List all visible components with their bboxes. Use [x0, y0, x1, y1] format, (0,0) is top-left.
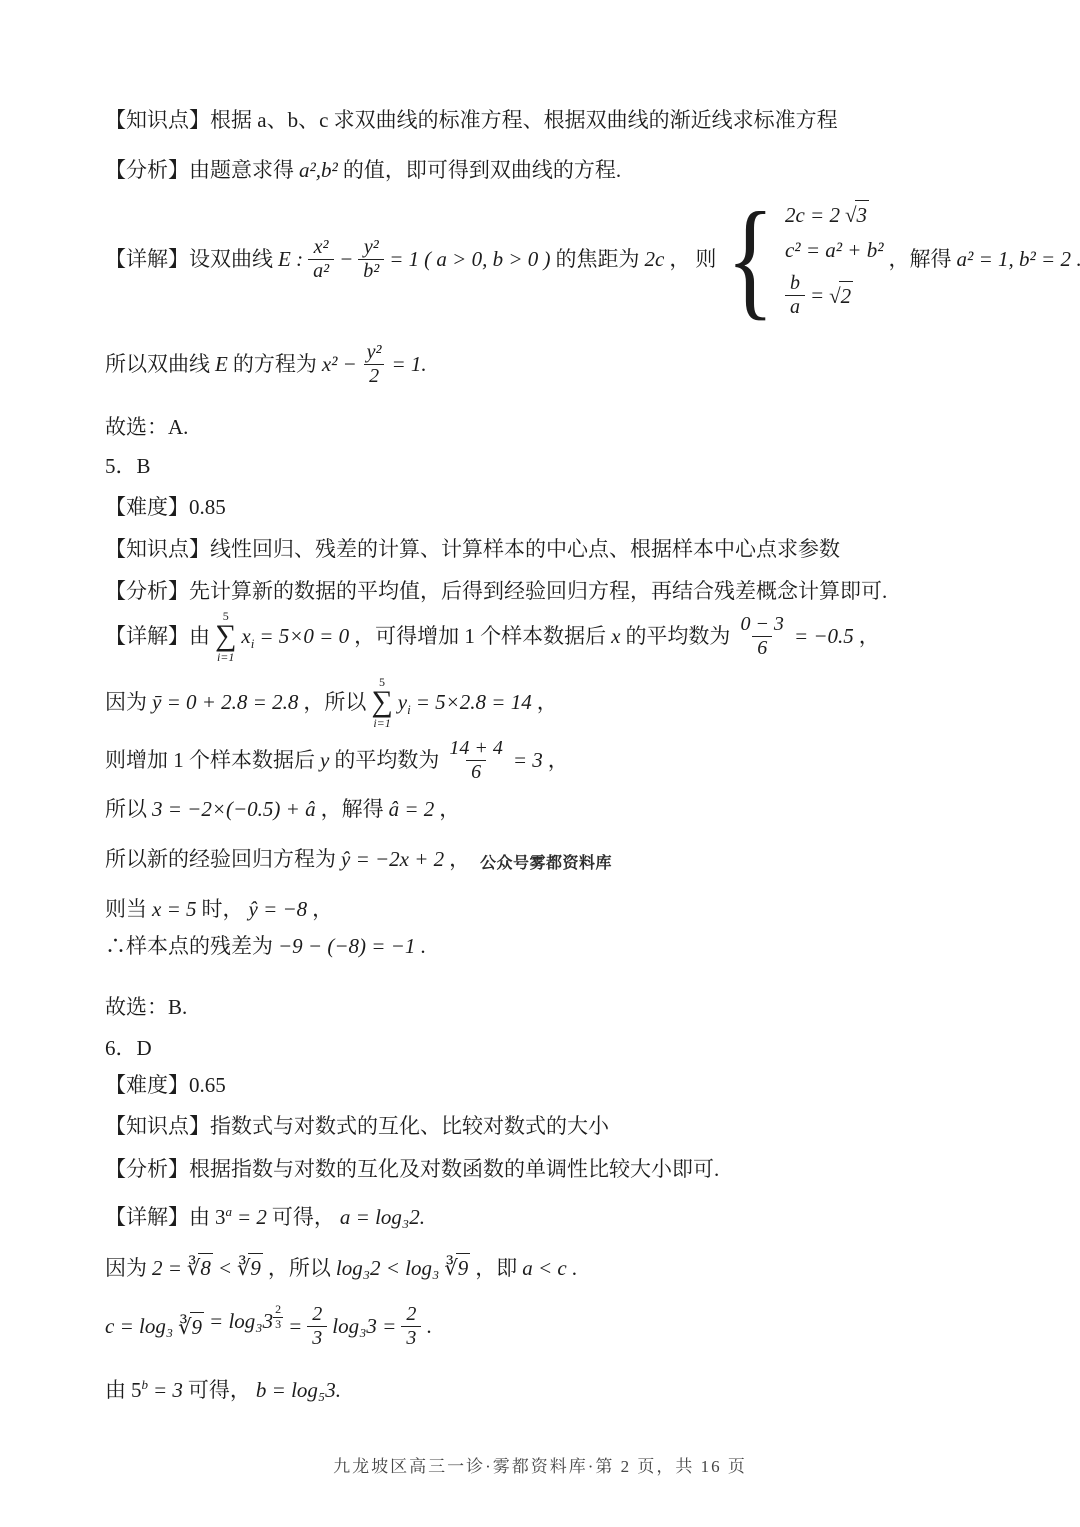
- text-run: 所以: [105, 795, 147, 823]
- text-run: 【详解】由: [105, 622, 210, 650]
- fraction: 2 3: [307, 1303, 327, 1350]
- fraction-numerator: x²: [309, 236, 334, 259]
- radicand: 2: [839, 281, 854, 310]
- q4-analysis-line: 【分析】由题意求得 a²,b² 的值，即可得到双曲线的方程.: [105, 156, 621, 184]
- text-run: ∴样本点的残差为: [105, 932, 273, 960]
- fraction-denominator: a²: [308, 259, 334, 283]
- math-run: 2c = 2: [785, 201, 840, 229]
- text-run: 【详解】设双曲线: [105, 245, 273, 273]
- text-run: ，可得增加 1 个样本数据后: [354, 622, 606, 650]
- system-row: 2c = 2 √3: [785, 200, 869, 229]
- radicand: 8: [198, 1253, 213, 1282]
- math-run: = 2: [237, 1203, 267, 1231]
- math-run: = 1.: [392, 350, 427, 378]
- fraction-numerator: 14 + 4: [444, 737, 508, 760]
- math-run: = 3: [153, 1376, 183, 1404]
- q4-answer-line: 故选：A.: [105, 413, 188, 441]
- math-run: a²,b²: [299, 156, 338, 184]
- q5-difficulty-line: 【难度】0.85: [105, 493, 226, 521]
- text-run: 因为: [105, 1254, 147, 1282]
- sum-lower-limit: i=1: [217, 651, 234, 663]
- page-footer: 九龙坡区高三一诊·雾都资料库·第 2 页，共 16 页: [0, 1452, 1080, 1477]
- text-run: 可得，: [272, 1203, 335, 1231]
- system-brace: {: [727, 193, 775, 325]
- fraction-numerator: 2: [401, 1303, 421, 1326]
- fraction-denominator: 3: [273, 1317, 283, 1331]
- radical-sign: ∛: [178, 1313, 189, 1341]
- fraction-numerator: 0 − 3: [735, 613, 789, 636]
- variable: x: [241, 624, 250, 648]
- equation-system: 2c = 2 √3 c² = a² + b² b a = √2: [785, 200, 884, 319]
- text-run: 6．D: [105, 1034, 152, 1062]
- text-run: 【知识点】根据 a、b、c 求双曲线的标准方程、根据双曲线的渐近线求标准方程: [105, 106, 838, 134]
- math-run: = log₃323: [209, 1307, 283, 1345]
- fraction: y² 2: [362, 341, 387, 388]
- q4-knowledge-line: 【知识点】根据 a、b、c 求双曲线的标准方程、根据双曲线的渐近线求标准方程: [105, 106, 838, 134]
- q6-analysis-line: 【分析】根据指数与对数的互化及对数函数的单调性比较大小即可.: [105, 1155, 719, 1183]
- sum-lower-limit: i=1: [373, 717, 390, 729]
- variable: y: [398, 690, 407, 714]
- q5-detail-line-2: 因为 ȳ = 0 + 2.8 = 2.8 ，所以 5 ∑ i=1 yi = 5×…: [105, 676, 558, 729]
- square-root: √2: [829, 281, 853, 310]
- math-run: 5b: [131, 1376, 148, 1404]
- text-run: 【知识点】线性回归、残差的计算、计算样本的中心点、根据样本中心点求参数: [105, 535, 840, 563]
- fraction-denominator: a: [785, 295, 805, 319]
- q5-detail-line-6: 则当 x = 5 时， ŷ = −8 ，: [105, 895, 333, 923]
- q5-detail-line-3: 则增加 1 个样本数据后 y 的平均数为 14 + 4 6 = 3 ，: [105, 737, 569, 784]
- fraction: 0 − 3 6: [735, 613, 789, 660]
- variable: y: [320, 746, 329, 774]
- fraction: x² a²: [308, 236, 334, 283]
- math-run: 2 =: [152, 1254, 182, 1282]
- sigma-symbol: ∑: [371, 688, 392, 717]
- radical-sign: √: [829, 282, 839, 310]
- text-run: ，: [537, 688, 558, 716]
- q4-conclusion-line: 所以双曲线 E 的方程为 x² − y² 2 = 1.: [105, 341, 427, 388]
- text-run: ，: [439, 795, 460, 823]
- math-run: =: [810, 281, 824, 309]
- q5-answer-line: 故选：B.: [105, 993, 187, 1021]
- subscript: i: [407, 702, 411, 717]
- fraction: y² b²: [358, 236, 384, 283]
- math-run: ŷ = −8: [249, 895, 308, 923]
- text-run: 故选：A.: [105, 413, 188, 441]
- text-run: 则增加 1 个样本数据后: [105, 746, 315, 774]
- text-run: 5．B: [105, 452, 151, 480]
- fraction-numerator: y²: [362, 341, 387, 364]
- math-run: 3 = −2×(−0.5) + â: [152, 795, 316, 823]
- text-run: ，所以: [268, 1254, 331, 1282]
- math-run: ȳ = 0 + 2.8 = 2.8: [152, 688, 298, 716]
- math-run: x = 5: [152, 895, 197, 923]
- text-run: .: [426, 1312, 431, 1340]
- document-page: 【知识点】根据 a、b、c 求双曲线的标准方程、根据双曲线的渐近线求标准方程 【…: [0, 0, 1080, 1527]
- summation: 5 ∑ i=1: [371, 676, 392, 729]
- math-run: E :: [278, 245, 303, 273]
- text-run: 【分析】根据指数与对数的互化及对数函数的单调性比较大小即可.: [105, 1155, 719, 1183]
- fraction: b a: [785, 272, 805, 319]
- exponent-fraction: 23: [273, 1303, 283, 1330]
- fraction-numerator: y²: [359, 236, 384, 259]
- footer-text: 九龙坡区高三一诊·雾都资料库·第 2 页，共 16 页: [333, 1457, 747, 1476]
- q6-knowledge-line: 【知识点】指数式与对数式的互化、比较对数式的大小: [105, 1112, 609, 1140]
- subscript: i: [251, 636, 255, 651]
- math-run: x²: [322, 350, 338, 378]
- math-run: −9 − (−8) = −1: [278, 932, 415, 960]
- text-run: 【分析】由题意求得: [105, 156, 294, 184]
- text-run: 【详解】由: [105, 1203, 210, 1231]
- math-run: c = log₃: [105, 1312, 173, 1340]
- radicand: 3: [855, 200, 870, 229]
- text-run: ，所以: [303, 688, 366, 716]
- text-run: 【难度】0.65: [105, 1071, 226, 1099]
- radicand: 9: [248, 1253, 263, 1282]
- q6-detail-line-3: c = log₃ ∛9 = log₃323 = 2 3 log₃3 = 2 3 …: [105, 1303, 432, 1350]
- text-run: .: [572, 1254, 577, 1282]
- math-run: = log₃3: [209, 1309, 273, 1333]
- text-run: ，即: [475, 1254, 517, 1282]
- radical-sign: ∛: [237, 1254, 248, 1282]
- math-run: = 5×2.8 = 14: [416, 688, 532, 716]
- cube-root: ∛9: [444, 1253, 470, 1282]
- math-run: yi: [398, 688, 411, 716]
- math-run: = −0.5: [794, 622, 854, 650]
- fraction-denominator: 3: [307, 1326, 327, 1350]
- text-run: ，: [859, 622, 880, 650]
- fraction-numerator: 2: [307, 1303, 327, 1326]
- q6-detail-line-2: 因为 2 = ∛8 < ∛9 ，所以 log₃2 < log₃ ∛9 ，即 a …: [105, 1253, 577, 1282]
- text-run: ，: [449, 845, 470, 873]
- summation: 5 ∑ i=1: [215, 610, 236, 663]
- text-run: ，: [669, 245, 690, 273]
- math-run: = 5×0 = 0: [259, 622, 349, 650]
- radical-sign: √: [845, 201, 855, 229]
- text-run: 时，: [202, 895, 244, 923]
- text-run: ，: [548, 746, 569, 774]
- text-run: ，: [312, 895, 333, 923]
- variable: x: [611, 622, 620, 650]
- math-run: a² = 1, b² = 2: [957, 245, 1071, 273]
- system-row: c² = a² + b²: [785, 236, 884, 264]
- superscript: a: [226, 1204, 233, 1219]
- math-run: ŷ = −2x + 2: [341, 845, 444, 873]
- math-run: = 1: [389, 245, 419, 273]
- q6-detail-line-4: 由 5b = 3 可得， b = log₅3.: [105, 1376, 341, 1404]
- square-root: √3: [845, 200, 869, 229]
- text-run: 的平均数为: [625, 622, 730, 650]
- radicand: 9: [190, 1312, 205, 1341]
- math-run: 2c: [645, 245, 665, 273]
- text-run: 【难度】0.85: [105, 493, 226, 521]
- watermark-text: 公众号雾都资料库: [480, 850, 612, 873]
- text-run: ，解得: [889, 245, 952, 273]
- q6-difficulty-line: 【难度】0.65: [105, 1071, 226, 1099]
- q6-answer-header: 6．D: [105, 1034, 152, 1062]
- fraction: 14 + 4 6: [444, 737, 508, 784]
- math-run: ( a > 0, b > 0 ): [424, 245, 550, 273]
- cube-root: ∛8: [187, 1253, 213, 1282]
- q4-detail-line: 【详解】设双曲线 E : x² a² − y² b² = 1 ( a > 0, …: [105, 200, 1080, 319]
- text-run: 由: [105, 1376, 126, 1404]
- radicand: 9: [456, 1253, 471, 1282]
- less-than-operator: <: [218, 1254, 232, 1282]
- text-run: .: [1076, 245, 1080, 273]
- math-run: =: [288, 1312, 302, 1340]
- minus-operator: −: [339, 245, 353, 273]
- text-run: 则当: [105, 895, 147, 923]
- text-run: 所以双曲线: [105, 350, 210, 378]
- superscript: b: [142, 1377, 149, 1392]
- fraction-denominator: 6: [752, 636, 772, 660]
- text-run: 的方程为: [233, 350, 317, 378]
- system-row: b a = √2: [785, 272, 853, 319]
- math-run: a < c: [522, 1254, 567, 1282]
- text-run: 所以新的经验回归方程为: [105, 845, 336, 873]
- sigma-symbol: ∑: [215, 622, 236, 651]
- radical-sign: ∛: [444, 1254, 455, 1282]
- text-run: 的焦距为: [556, 245, 640, 273]
- base: 3: [215, 1205, 226, 1229]
- text-run: 【分析】先计算新的数据的平均值，后得到经验回归方程，再结合残差概念计算即可.: [105, 577, 887, 605]
- text-run: 的平均数为: [334, 746, 439, 774]
- math-run: c² = a² + b²: [785, 236, 884, 264]
- fraction-denominator: 6: [466, 760, 486, 784]
- radical-sign: ∛: [187, 1254, 198, 1282]
- fraction-numerator: b: [785, 272, 805, 295]
- text-run: 故选：B.: [105, 993, 187, 1021]
- fraction-denominator: 3: [401, 1326, 421, 1350]
- q5-knowledge-line: 【知识点】线性回归、残差的计算、计算样本的中心点、根据样本中心点求参数: [105, 535, 840, 563]
- math-run: 3a: [215, 1203, 232, 1231]
- q6-detail-line-1: 【详解】由 3a = 2 可得， a = log₃2.: [105, 1203, 425, 1231]
- q5-detail-line-5: 所以新的经验回归方程为 ŷ = −2x + 2 ，: [105, 845, 470, 873]
- fraction-denominator: 2: [364, 364, 384, 388]
- base: 5: [131, 1378, 142, 1402]
- text-run: 因为: [105, 688, 147, 716]
- text-run: 可得，: [188, 1376, 251, 1404]
- fraction-denominator: b²: [358, 259, 384, 283]
- math-run: â = 2: [389, 795, 435, 823]
- math-run: log₃2 < log₃: [336, 1254, 439, 1282]
- math-run: = 3: [513, 746, 543, 774]
- minus-operator: −: [342, 350, 356, 378]
- cube-root: ∛9: [178, 1312, 204, 1341]
- text-run: 则: [695, 245, 716, 273]
- math-run: log₃3 =: [332, 1312, 396, 1340]
- math-run: E: [215, 350, 228, 378]
- cube-root: ∛9: [237, 1253, 263, 1282]
- q5-detail-line-4: 所以 3 = −2×(−0.5) + â ，解得 â = 2 ，: [105, 795, 460, 823]
- fraction-numerator: 2: [275, 1303, 281, 1316]
- text-run: 的值，即可得到双曲线的方程.: [343, 156, 621, 184]
- q5-detail-line-7: ∴样本点的残差为 −9 − (−8) = −1 .: [105, 932, 426, 960]
- math-run: b = log₅3.: [256, 1376, 341, 1404]
- fraction: 2 3: [401, 1303, 421, 1350]
- text-run: 【知识点】指数式与对数式的互化、比较对数式的大小: [105, 1112, 609, 1140]
- math-run: xi: [241, 622, 254, 650]
- q5-detail-line-1: 【详解】由 5 ∑ i=1 xi = 5×0 = 0 ，可得增加 1 个样本数据…: [105, 610, 880, 663]
- math-run: a = log₃2.: [340, 1203, 425, 1231]
- q5-analysis-line: 【分析】先计算新的数据的平均值，后得到经验回归方程，再结合残差概念计算即可.: [105, 577, 887, 605]
- q5-answer-header: 5．B: [105, 452, 151, 480]
- text-run: .: [420, 932, 425, 960]
- text-run: ，解得: [321, 795, 384, 823]
